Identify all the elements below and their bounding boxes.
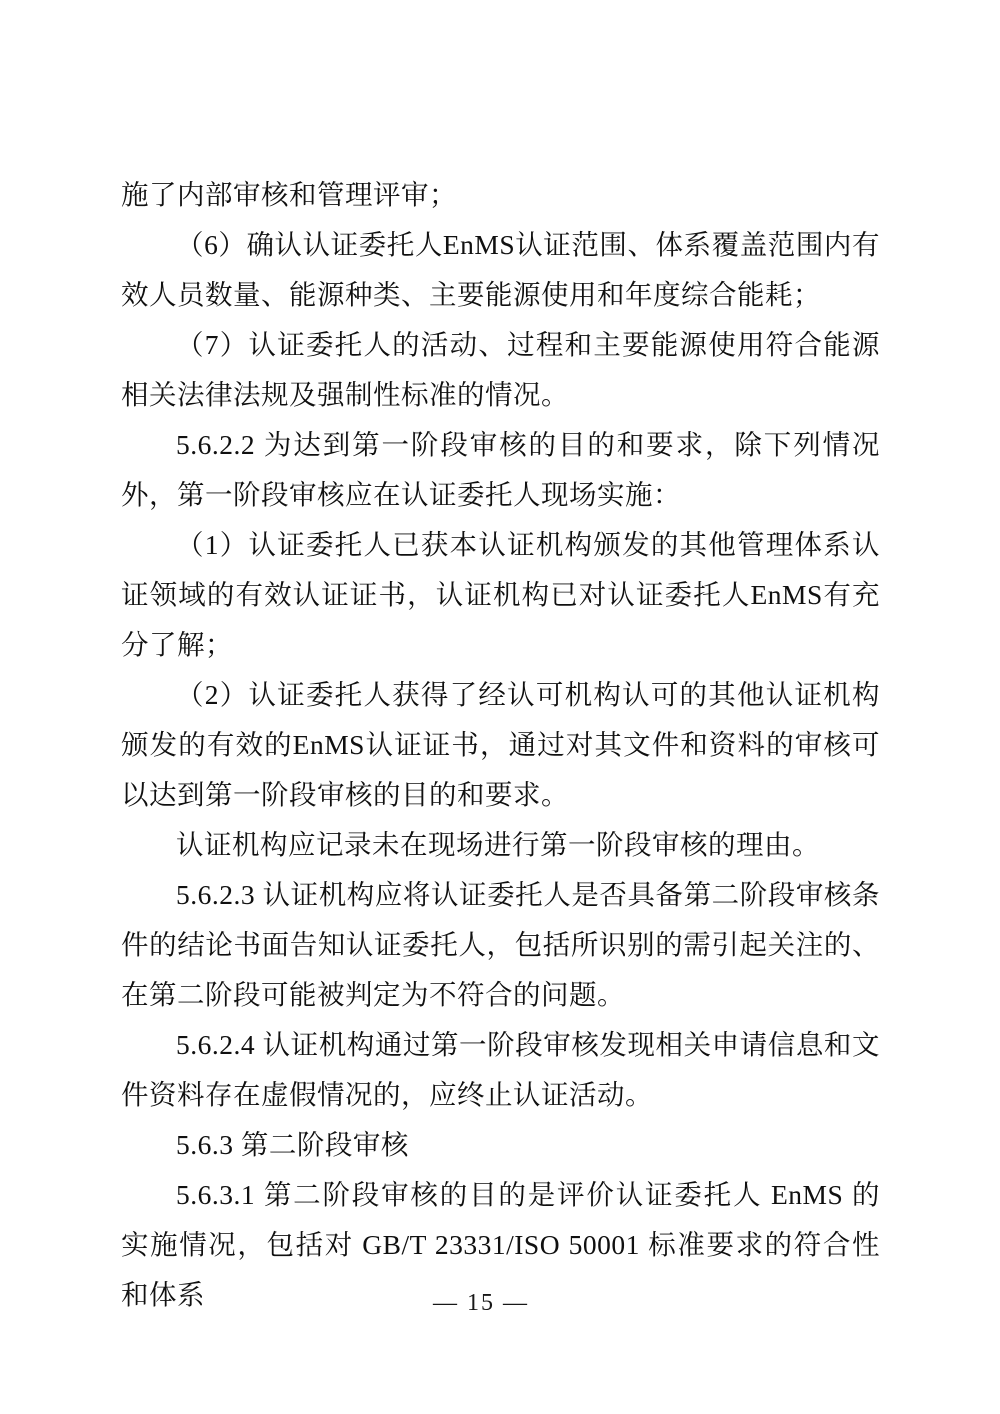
- paragraph-item-7: （7）认证委托人的活动、过程和主要能源使用符合能源相关法律法规及强制性标准的情况…: [121, 320, 880, 420]
- paragraph-continuation: 施了内部审核和管理评审；: [121, 170, 880, 220]
- paragraph-item-1: （1）认证委托人已获本认证机构颁发的其他管理体系认证领域的有效认证证书，认证机构…: [121, 520, 880, 670]
- page-footer: — 15 —: [0, 1286, 962, 1320]
- document-page: 施了内部审核和管理评审； （6）确认认证委托人EnMS认证范围、体系覆盖范围内有…: [0, 0, 1000, 1414]
- paragraph-record-reason: 认证机构应记录未在现场进行第一阶段审核的理由。: [121, 820, 880, 870]
- paragraph-section-5623: 5.6.2.3 认证机构应将认证委托人是否具备第二阶段审核条件的结论书面告知认证…: [121, 870, 880, 1020]
- paragraph-item-6: （6）确认认证委托人EnMS认证范围、体系覆盖范围内有效人员数量、能源种类、主要…: [121, 220, 880, 320]
- paragraph-section-5624: 5.6.2.4 认证机构通过第一阶段审核发现相关申请信息和文件资料存在虚假情况的…: [121, 1020, 880, 1120]
- paragraph-section-5622: 5.6.2.2 为达到第一阶段审核的目的和要求，除下列情况外，第一阶段审核应在认…: [121, 420, 880, 520]
- page-content: 施了内部审核和管理评审； （6）确认认证委托人EnMS认证范围、体系覆盖范围内有…: [121, 170, 880, 1320]
- paragraph-item-2: （2）认证委托人获得了经认可机构认可的其他认证机构颁发的有效的EnMS认证证书，…: [121, 670, 880, 820]
- page-number: — 15 —: [433, 1290, 529, 1316]
- paragraph-section-563: 5.6.3 第二阶段审核: [121, 1120, 880, 1170]
